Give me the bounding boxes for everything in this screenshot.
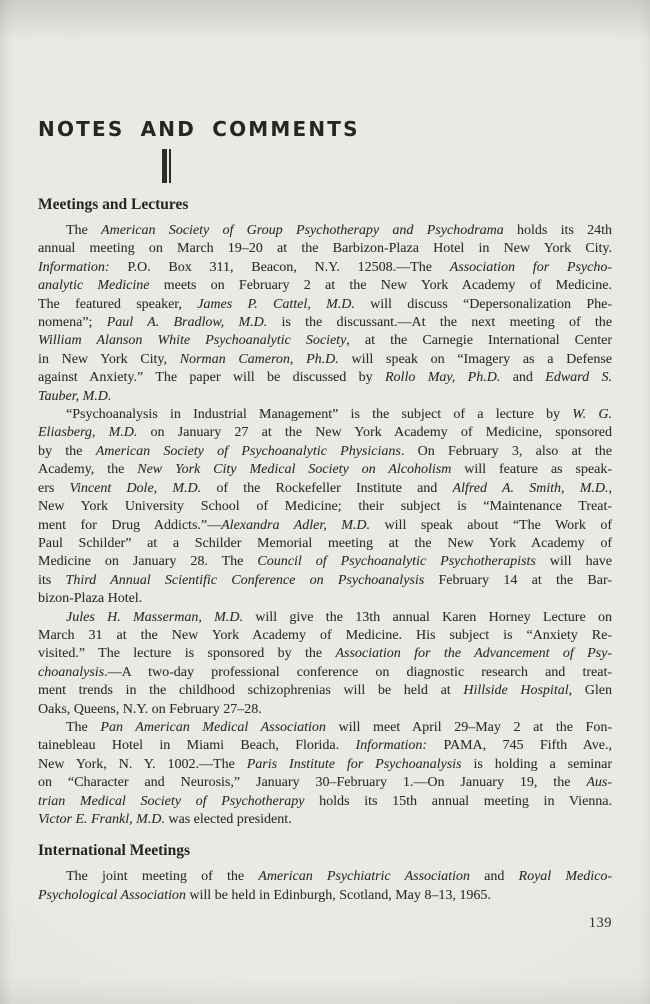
text-line: Academy, the New York City Medical Socie…	[38, 461, 612, 479]
text-line: against Anxiety.” The paper will be disc…	[38, 369, 612, 387]
paragraph: “Psychoanalysis in Industrial Management…	[38, 406, 612, 608]
paragraph: Jules H. Masserman, M.D. will give the 1…	[38, 609, 612, 719]
section-international-meetings: International Meetings The joint meeting…	[38, 841, 612, 905]
text-line: The Pan American Medical Association wil…	[38, 719, 612, 737]
text-line: Tauber, M.D.	[38, 388, 612, 406]
text-line: Information: P.O. Box 311, Beacon, N.Y. …	[38, 259, 612, 277]
text-line: visited.” The lecture is sponsored by th…	[38, 645, 612, 663]
section-body-meetings-and-lectures: The American Society of Group Psychother…	[38, 222, 612, 829]
text-line: tainebleau Hotel in Miami Beach, Florida…	[38, 737, 612, 755]
text-line: William Alanson White Psychoanalytic Soc…	[38, 332, 612, 350]
text-line: New York, N. Y. 1002.—The Paris Institut…	[38, 756, 612, 774]
text-line: choanalysis.—A two-day professional conf…	[38, 664, 612, 682]
text-line: on “Character and Neurosis,” January 30–…	[38, 774, 612, 792]
text-line: Paul Schilder” at a Schilder Memorial me…	[38, 535, 612, 553]
text-line: its Third Annual Scientific Conference o…	[38, 572, 612, 590]
text-line: ment trends in the childhood schizophren…	[38, 682, 612, 700]
section-body-international-meetings: The joint meeting of the American Psychi…	[38, 868, 612, 905]
paragraph: The Pan American Medical Association wil…	[38, 719, 612, 829]
text-line: in New York City, Norman Cameron, Ph.D. …	[38, 351, 612, 369]
text-line: March 31 at the New York Academy of Medi…	[38, 627, 612, 645]
paragraph: The joint meeting of the American Psychi…	[38, 868, 612, 905]
page-title: NOTES AND COMMENTS	[38, 118, 612, 140]
section-heading-international-meetings: International Meetings	[38, 841, 612, 861]
text-line: New York University School of Medicine; …	[38, 498, 612, 516]
journal-page: NOTES AND COMMENTS Meetings and Lectures…	[0, 0, 650, 1004]
text-line: Medicine on January 28. The Council of P…	[38, 553, 612, 571]
text-line: Oaks, Queens, N.Y. on February 27–28.	[38, 701, 612, 719]
text-line: ment for Drug Addicts.”—Alexandra Adler,…	[38, 517, 612, 535]
text-line: Eliasberg, M.D. on January 27 at the New…	[38, 424, 612, 442]
text-line: analytic Medicine meets on February 2 at…	[38, 277, 612, 295]
text-line: bizon-Plaza Hotel.	[38, 590, 612, 608]
text-line: annual meeting on March 19–20 at the Bar…	[38, 240, 612, 258]
ornament-thin-bar	[169, 149, 171, 183]
ornament-thick-bar	[162, 149, 167, 183]
text-line: Psychological Association will be held i…	[38, 887, 612, 905]
text-line: The featured speaker, James P. Cattel, M…	[38, 296, 612, 314]
double-bar-ornament-icon	[162, 149, 612, 183]
paragraph: The American Society of Group Psychother…	[38, 222, 612, 406]
section-meetings-and-lectures: Meetings and Lectures The American Socie…	[38, 195, 612, 829]
text-line: The American Society of Group Psychother…	[38, 222, 612, 240]
text-line: ers Vincent Dole, M.D. of the Rockefelle…	[38, 480, 612, 498]
text-line: “Psychoanalysis in Industrial Management…	[38, 406, 612, 424]
page-number: 139	[38, 915, 612, 932]
text-line: trian Medical Society of Psychotherapy h…	[38, 793, 612, 811]
section-heading-meetings-and-lectures: Meetings and Lectures	[38, 195, 612, 215]
page-content: NOTES AND COMMENTS Meetings and Lectures…	[0, 118, 650, 932]
text-line: Victor E. Frankl, M.D. was elected presi…	[38, 811, 612, 829]
text-line: nomena”; Paul A. Bradlow, M.D. is the di…	[38, 314, 612, 332]
text-line: Jules H. Masserman, M.D. will give the 1…	[38, 609, 612, 627]
text-line: The joint meeting of the American Psychi…	[38, 868, 612, 886]
text-line: by the American Society of Psychoanalyti…	[38, 443, 612, 461]
